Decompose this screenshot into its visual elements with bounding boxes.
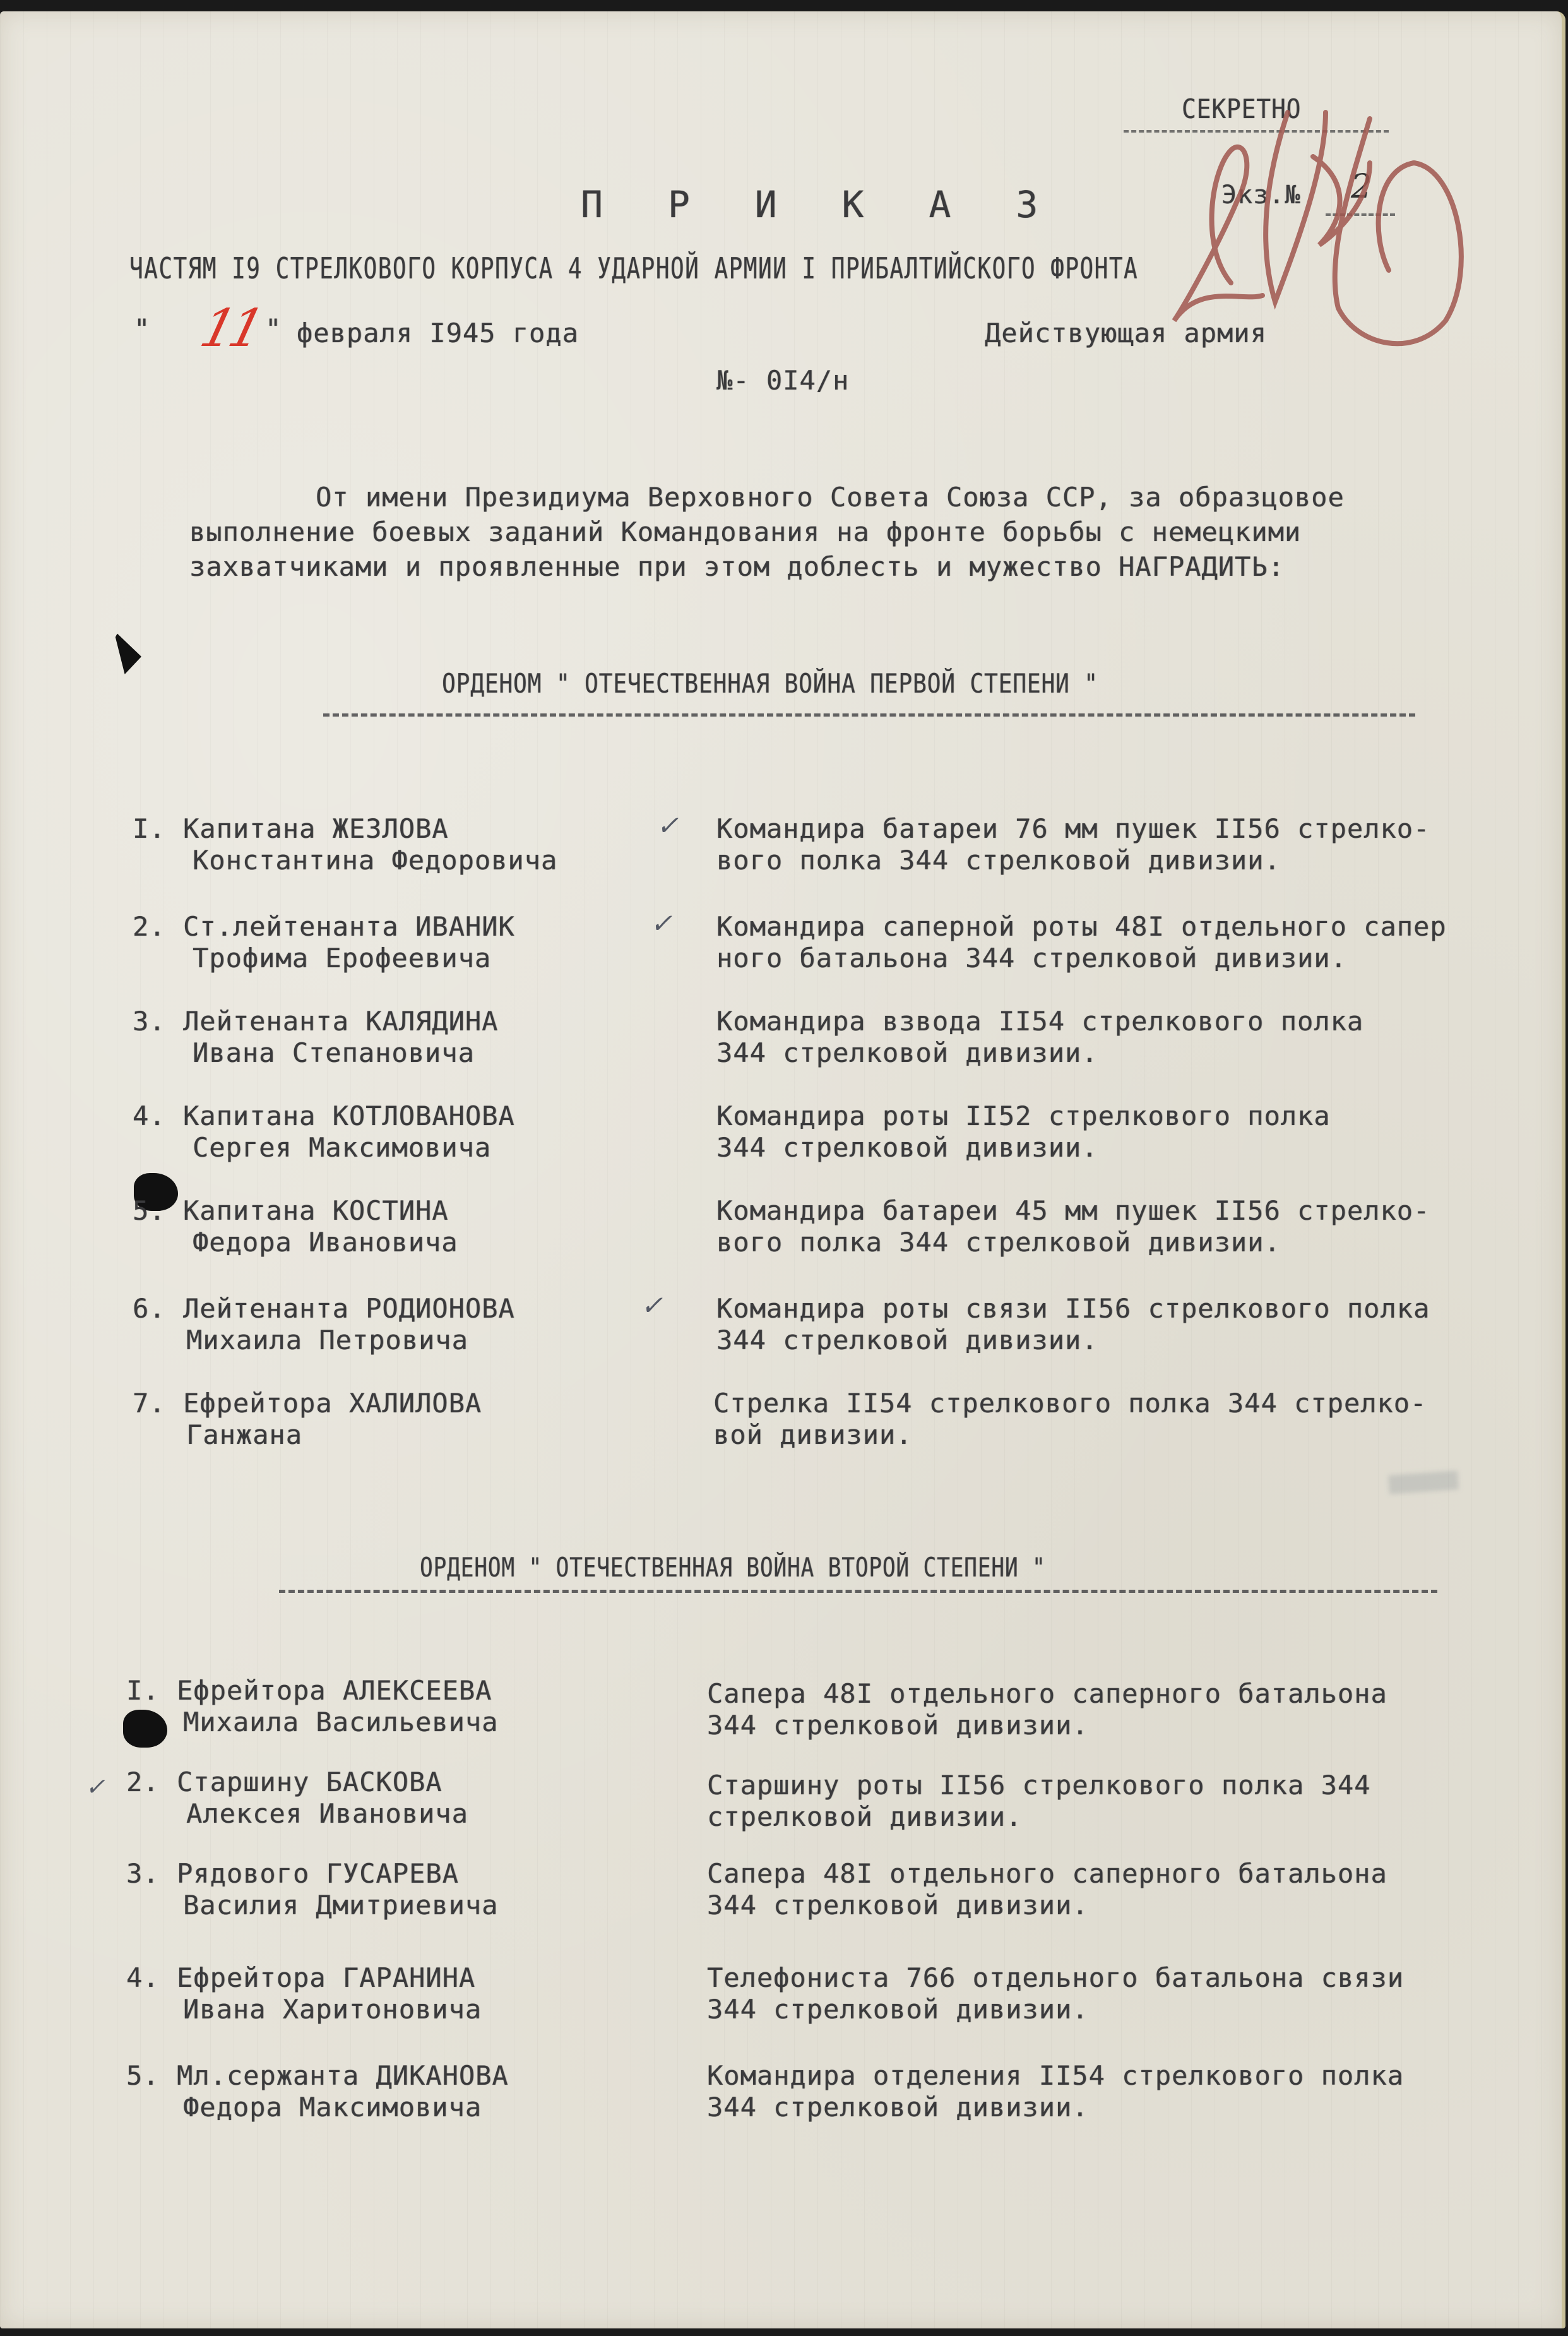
entry-given-names: Ивана Харитоновича: [183, 1994, 482, 2025]
entry-given-names: Сергея Максимовича: [193, 1132, 491, 1163]
entry-position-line-1: Командира отделения II54 стрелкового пол…: [707, 2060, 1404, 2091]
entry-rank-surname: Капитана КОТЛОВАНОВА: [183, 1100, 515, 1131]
entry-given-names: Михаила Петровича: [186, 1325, 468, 1356]
entry-given-names: Константина Федоровича: [193, 845, 557, 876]
entry-position-line-2: вого полка 344 стрелковой дивизии.: [716, 845, 1281, 876]
entry-position-line-2: 344 стрелковой дивизии.: [707, 1994, 1089, 2025]
entry-number: 5.: [126, 2060, 177, 2091]
date-quote-close: ": [265, 313, 282, 344]
entry-position-line-1: Командира саперной роты 48I отдельного с…: [716, 911, 1447, 942]
entry-position-line-1: Старшину роты II56 стрелкового полка 344: [707, 1770, 1370, 1801]
entry-rank-surname: Ефрейтора АЛЕКСЕЕВА: [177, 1675, 492, 1706]
section-1-rule: [323, 713, 1415, 717]
entry-given-names: Алексея Ивановича: [186, 1798, 468, 1829]
entry-position-line-1: Телефониста 766 отдельного батальона свя…: [707, 1962, 1404, 1993]
entry-rank-surname: Капитана КОСТИНА: [183, 1195, 449, 1226]
preamble-line-3: захватчиками и проявленные при этом добл…: [189, 551, 1285, 582]
entry-position-line-1: Командира роты связи II56 стрелкового по…: [716, 1293, 1430, 1324]
entry-position-line-1: Командира батареи 76 мм пушек II56 стрел…: [716, 813, 1430, 844]
section-2-rule: [279, 1590, 1437, 1593]
entry-rank-surname: Капитана ЖЕЗЛОВА: [183, 813, 449, 844]
entry-position-line-2: 344 стрелковой дивизии.: [707, 1890, 1089, 1921]
entry-rank-surname: Ефрейтора ХАЛИЛОВА: [183, 1388, 482, 1419]
check-mark-icon: ✓: [641, 1290, 663, 1321]
entry-given-names: Ганжана: [186, 1419, 302, 1450]
entry-number: 4.: [126, 1962, 177, 1993]
entry-given-names: Ивана Степановича: [193, 1037, 475, 1068]
entry-given-names: Михаила Васильевича: [183, 1707, 498, 1737]
entry-position-line-2: 344 стрелковой дивизии.: [707, 2092, 1089, 2123]
entry-number: 2.: [133, 911, 183, 942]
entry-number: 4.: [133, 1100, 183, 1131]
entry-position-line-2: вого полка 344 стрелковой дивизии.: [716, 1227, 1281, 1258]
entry-position-line-1: Сапера 48I отдельного саперного батальон…: [707, 1858, 1387, 1889]
check-mark-icon: ✓: [650, 908, 672, 939]
order-number: №- 0I4/н: [716, 365, 849, 396]
preamble-line-2: выполнение боевых заданий Командования н…: [189, 516, 1301, 547]
entry-position-line-1: Командира роты II52 стрелкового полка: [716, 1100, 1331, 1131]
preamble-line-1: От имени Президиума Верховного Совета Со…: [316, 482, 1345, 513]
punch-hole: [123, 1710, 167, 1748]
punch-hole: [114, 630, 141, 674]
document-page: СЕКРЕТНО Экз.№ 2 П Р И К А З ЧАСТЯМ I9 С…: [0, 11, 1565, 2328]
entry-given-names: Федора Ивановича: [193, 1227, 458, 1258]
entry-position-line-2: 344 стрелковой дивизии.: [716, 1132, 1098, 1163]
entry-rank-surname: Ефрейтора ГАРАНИНА: [177, 1962, 475, 1993]
entry-number: I.: [133, 813, 183, 844]
section-2-heading: ОРДЕНОМ " ОТЕЧЕСТВЕННАЯ ВОЙНА ВТОРОЙ СТЕ…: [420, 1552, 1046, 1583]
entry-position-line-1: Стрелка II54 стрелкового полка 344 стрел…: [713, 1388, 1427, 1419]
entry-position-line-2: ного батальона 344 стрелковой дивизии.: [716, 943, 1347, 974]
entry-number: 3.: [133, 1006, 183, 1037]
location-text: Действующая армия: [985, 318, 1267, 349]
section-1-heading: ОРДЕНОМ " ОТЕЧЕСТВЕННАЯ ВОЙНА ПЕРВОЙ СТЕ…: [442, 668, 1098, 699]
entry-position-line-2: стрелковой дивизии.: [707, 1801, 1022, 1832]
document-subtitle: ЧАСТЯМ I9 СТРЕЛКОВОГО КОРПУСА 4 УДАРНОЙ …: [129, 251, 1138, 285]
check-mark-icon: ✓: [85, 1773, 105, 1801]
date-quote-open: ": [134, 313, 150, 344]
entry-given-names: Василия Дмитриевича: [183, 1890, 498, 1921]
entry-position-line-1: Командира батареи 45 мм пушек II56 стрел…: [716, 1195, 1430, 1226]
entry-rank-surname: Мл.сержанта ДИКАНОВА: [177, 2060, 509, 2091]
entry-position-line-1: Сапера 48I отдельного саперного батальон…: [707, 1678, 1387, 1709]
check-mark-icon: ✓: [656, 810, 679, 841]
entry-position-line-2: вой дивизии.: [713, 1419, 912, 1450]
entry-number: 3.: [126, 1858, 177, 1889]
entry-number: 5.: [133, 1195, 183, 1226]
entry-rank-surname: Рядового ГУСАРЕВА: [177, 1858, 459, 1889]
entry-given-names: Трофима Ерофеевича: [193, 943, 491, 974]
entry-rank-surname: Лейтенанта РОДИОНОВА: [183, 1293, 515, 1324]
entry-position-line-1: Командира взвода II54 стрелкового полка: [716, 1006, 1363, 1037]
date-day-handwritten: 11: [194, 299, 265, 359]
pencil-smudge: [1388, 1470, 1459, 1494]
entry-position-line-2: 344 стрелковой дивизии.: [716, 1037, 1098, 1068]
entry-given-names: Федора Максимовича: [183, 2092, 482, 2123]
entry-rank-surname: Старшину БАСКОВА: [177, 1767, 442, 1797]
entry-number: 2.: [126, 1767, 177, 1797]
entry-rank-surname: Лейтенанта КАЛЯДИНА: [183, 1006, 498, 1037]
entry-position-line-2: 344 стрелковой дивизии.: [707, 1710, 1089, 1741]
entry-number: 6.: [133, 1293, 183, 1324]
entry-position-line-2: 344 стрелковой дивизии.: [716, 1325, 1098, 1356]
date-text: февраля I945 года: [297, 318, 579, 349]
entry-number: 7.: [133, 1388, 183, 1419]
entry-rank-surname: Ст.лейтенанта ИВАНИК: [183, 911, 515, 942]
entry-number: I.: [126, 1675, 177, 1706]
document-title: П Р И К А З: [581, 183, 1059, 226]
